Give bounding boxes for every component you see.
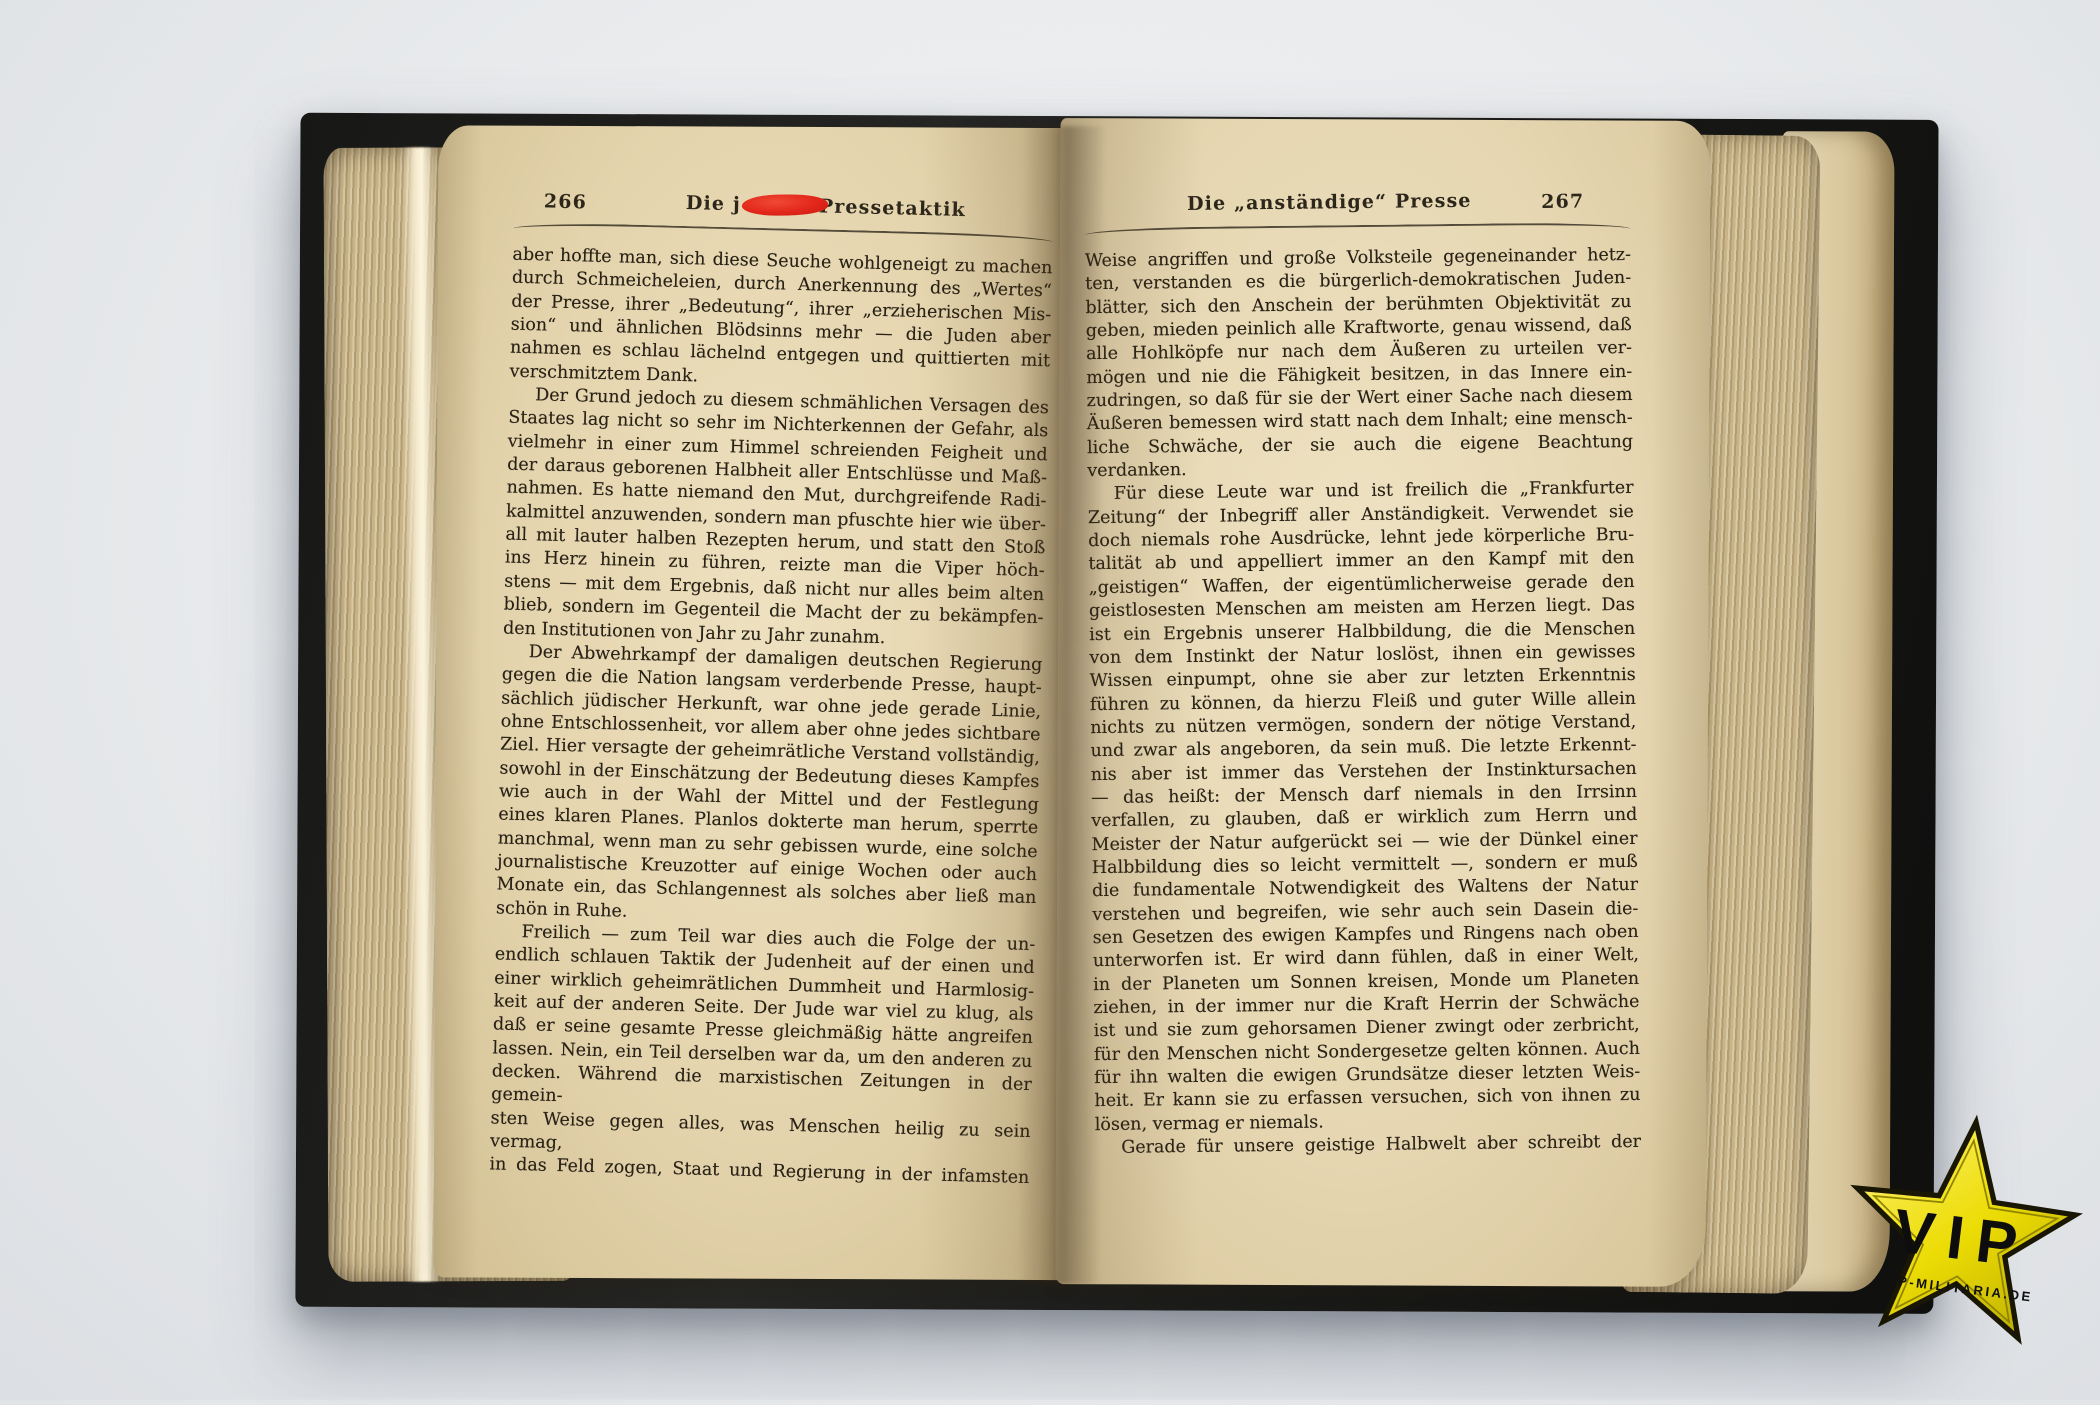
paragraph: Der Grund jedoch zu diesem schmählichen … — [503, 384, 1049, 654]
left-header-title: Die jPressetaktik — [686, 192, 966, 221]
vip-militaria-watermark: VIP VIP-MILITARIA.DE — [1821, 1092, 2100, 1383]
left-page: 266 Die jPressetaktik aber hoffte man, s… — [433, 125, 1074, 1280]
left-page-text: aber hoffte man, sich diese Seuche wohlg… — [489, 244, 1052, 1191]
right-header-title: Die „anständige“ Presse — [1187, 190, 1472, 215]
photo-scene: 266 Die jPressetaktik aber hoffte man, s… — [0, 0, 2100, 1400]
right-page-content: Die „anständige“ Presse 267 Weise angrif… — [1084, 188, 1641, 1161]
paragraph: Freilich — zum Teil war dies auch die Fo… — [489, 920, 1035, 1190]
right-page-number: 267 — [1541, 190, 1584, 212]
book: 266 Die jPressetaktik aber hoffte man, s… — [0, 0, 2100, 1400]
left-page-content: 266 Die jPressetaktik aber hoffte man, s… — [489, 188, 1054, 1191]
paragraph: Der Abwehrkampf der damaligen deutschen … — [496, 640, 1043, 934]
right-running-head: Die „anständige“ Presse 267 — [1084, 188, 1630, 224]
text-line: liche Schwäche, der sie auch die eigene … — [1087, 431, 1633, 484]
paragraph: aber hoffte man, sich diese Seuche wohlg… — [509, 244, 1052, 398]
right-page: Die „anständige“ Presse 267 Weise angrif… — [1055, 118, 1710, 1287]
left-page-number: 266 — [544, 190, 588, 213]
paragraph: Für diese Leute war und ist freilich die… — [1087, 477, 1640, 1137]
text-line: Gerade für unsere geistige Halbwelt aber… — [1095, 1131, 1641, 1161]
header-rule — [1085, 222, 1631, 242]
red-censor-mark — [742, 194, 828, 217]
right-page-text: Weise angriffen und große Volksteile geg… — [1085, 244, 1641, 1161]
header-text-prefix: Die j — [686, 192, 742, 215]
header-text-suffix: Pressetaktik — [819, 195, 966, 221]
paragraph: Gerade für unsere geistige Halbwelt aber… — [1095, 1131, 1641, 1161]
paragraph: Weise angriffen und große Volksteile geg… — [1085, 244, 1634, 484]
